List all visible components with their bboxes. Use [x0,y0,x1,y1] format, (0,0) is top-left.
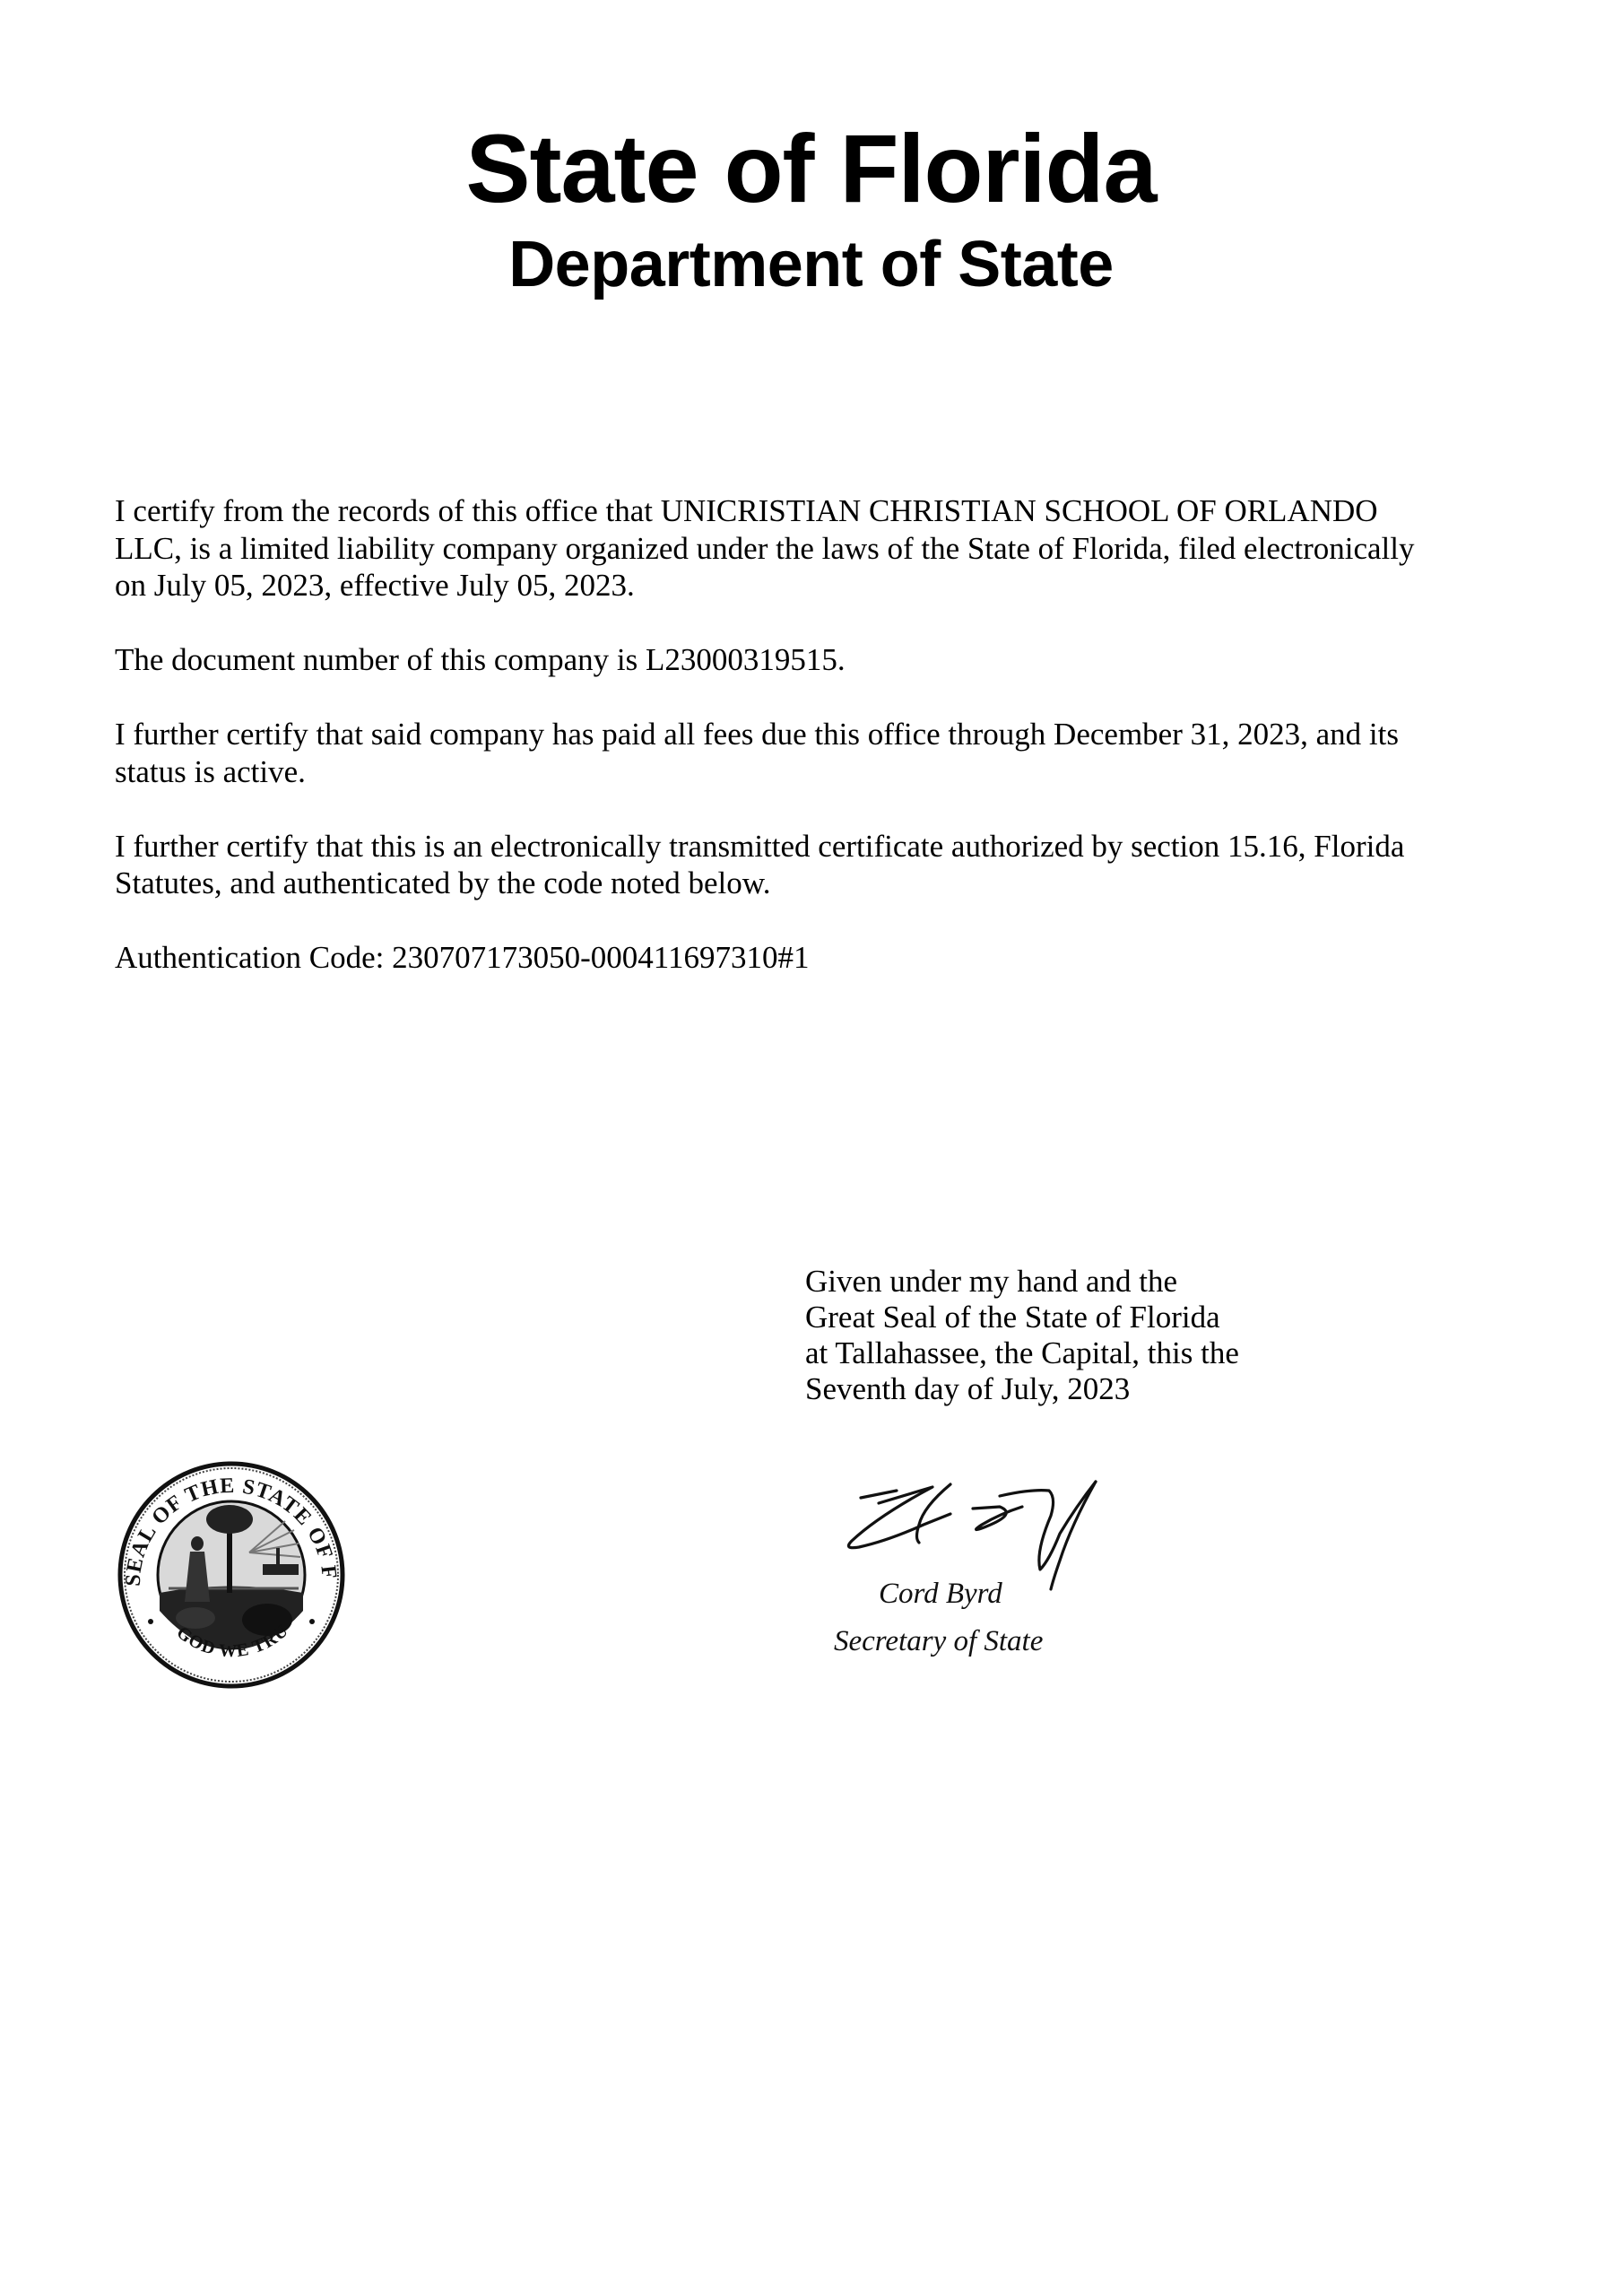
given-under-hand-block: Given under my hand and the Great Seal o… [805,1264,1343,1407]
certification-paragraph: I certify from the records of this offic… [115,492,1514,604]
signer-title: Secretary of State [834,1623,1043,1659]
page-subtitle: Department of State [0,227,1622,302]
signer-name: Cord Byrd [879,1576,1002,1612]
given-line: Given under my hand and the [805,1264,1343,1300]
florida-great-seal-icon: GREAT SEAL OF THE STATE OF FLORIDA IN GO… [115,1458,348,1692]
given-line: at Tallahassee, the Capital, this the [805,1335,1343,1371]
fees-status-paragraph: I further certify that said company has … [115,716,1514,790]
given-line: Seventh day of July, 2023 [805,1371,1343,1407]
page-title: State of Florida [0,115,1622,222]
electronic-certificate-paragraph: I further certify that this is an electr… [115,828,1514,902]
authentication-code: Authentication Code: 230707173050-000411… [115,939,1514,977]
certificate-body: I certify from the records of this offic… [115,492,1514,1013]
given-line: Great Seal of the State of Florida [805,1300,1343,1335]
document-number-paragraph: The document number of this company is L… [115,641,1514,679]
